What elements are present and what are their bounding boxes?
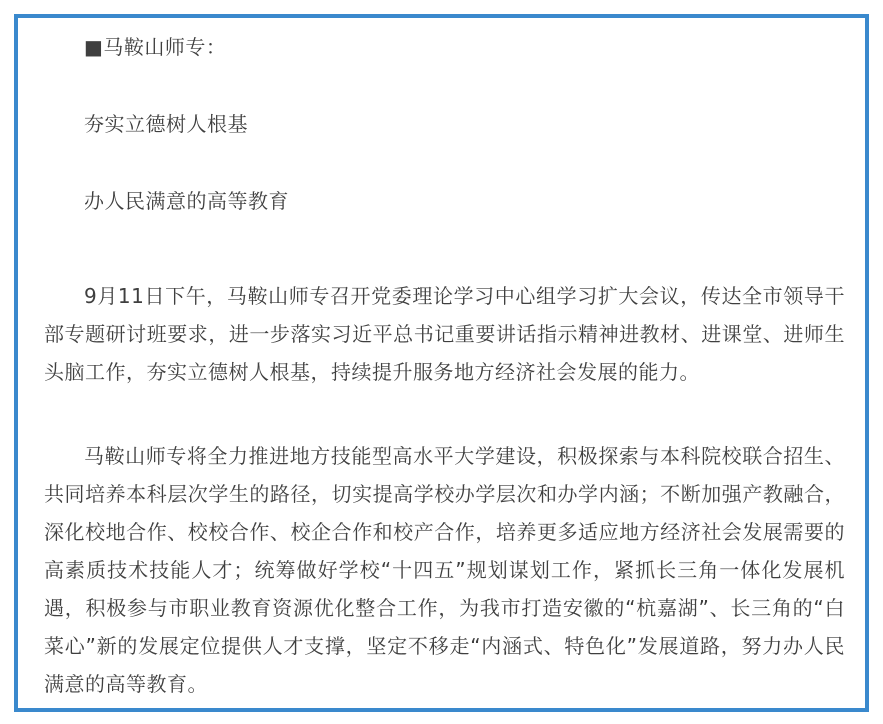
title-line-2: 办人民满意的高等教育 [44, 182, 845, 220]
page: ■马鞍山师专： 夯实立德树人根基 办人民满意的高等教育 9月11日下午，马鞍山师… [0, 0, 883, 724]
paragraph-2: 马鞍山师专将全力推进地方技能型高水平大学建设，积极探索与本科院校联合招生、共同培… [44, 437, 845, 703]
title-line-1: 夯实立德树人根基 [44, 105, 845, 143]
paragraph-1: 9月11日下午，马鞍山师专召开党委理论学习中心组学习扩大会议，传达全市领导干部专… [44, 277, 845, 391]
source-heading: ■马鞍山师专： [44, 28, 845, 66]
article-frame: ■马鞍山师专： 夯实立德树人根基 办人民满意的高等教育 9月11日下午，马鞍山师… [14, 14, 869, 712]
